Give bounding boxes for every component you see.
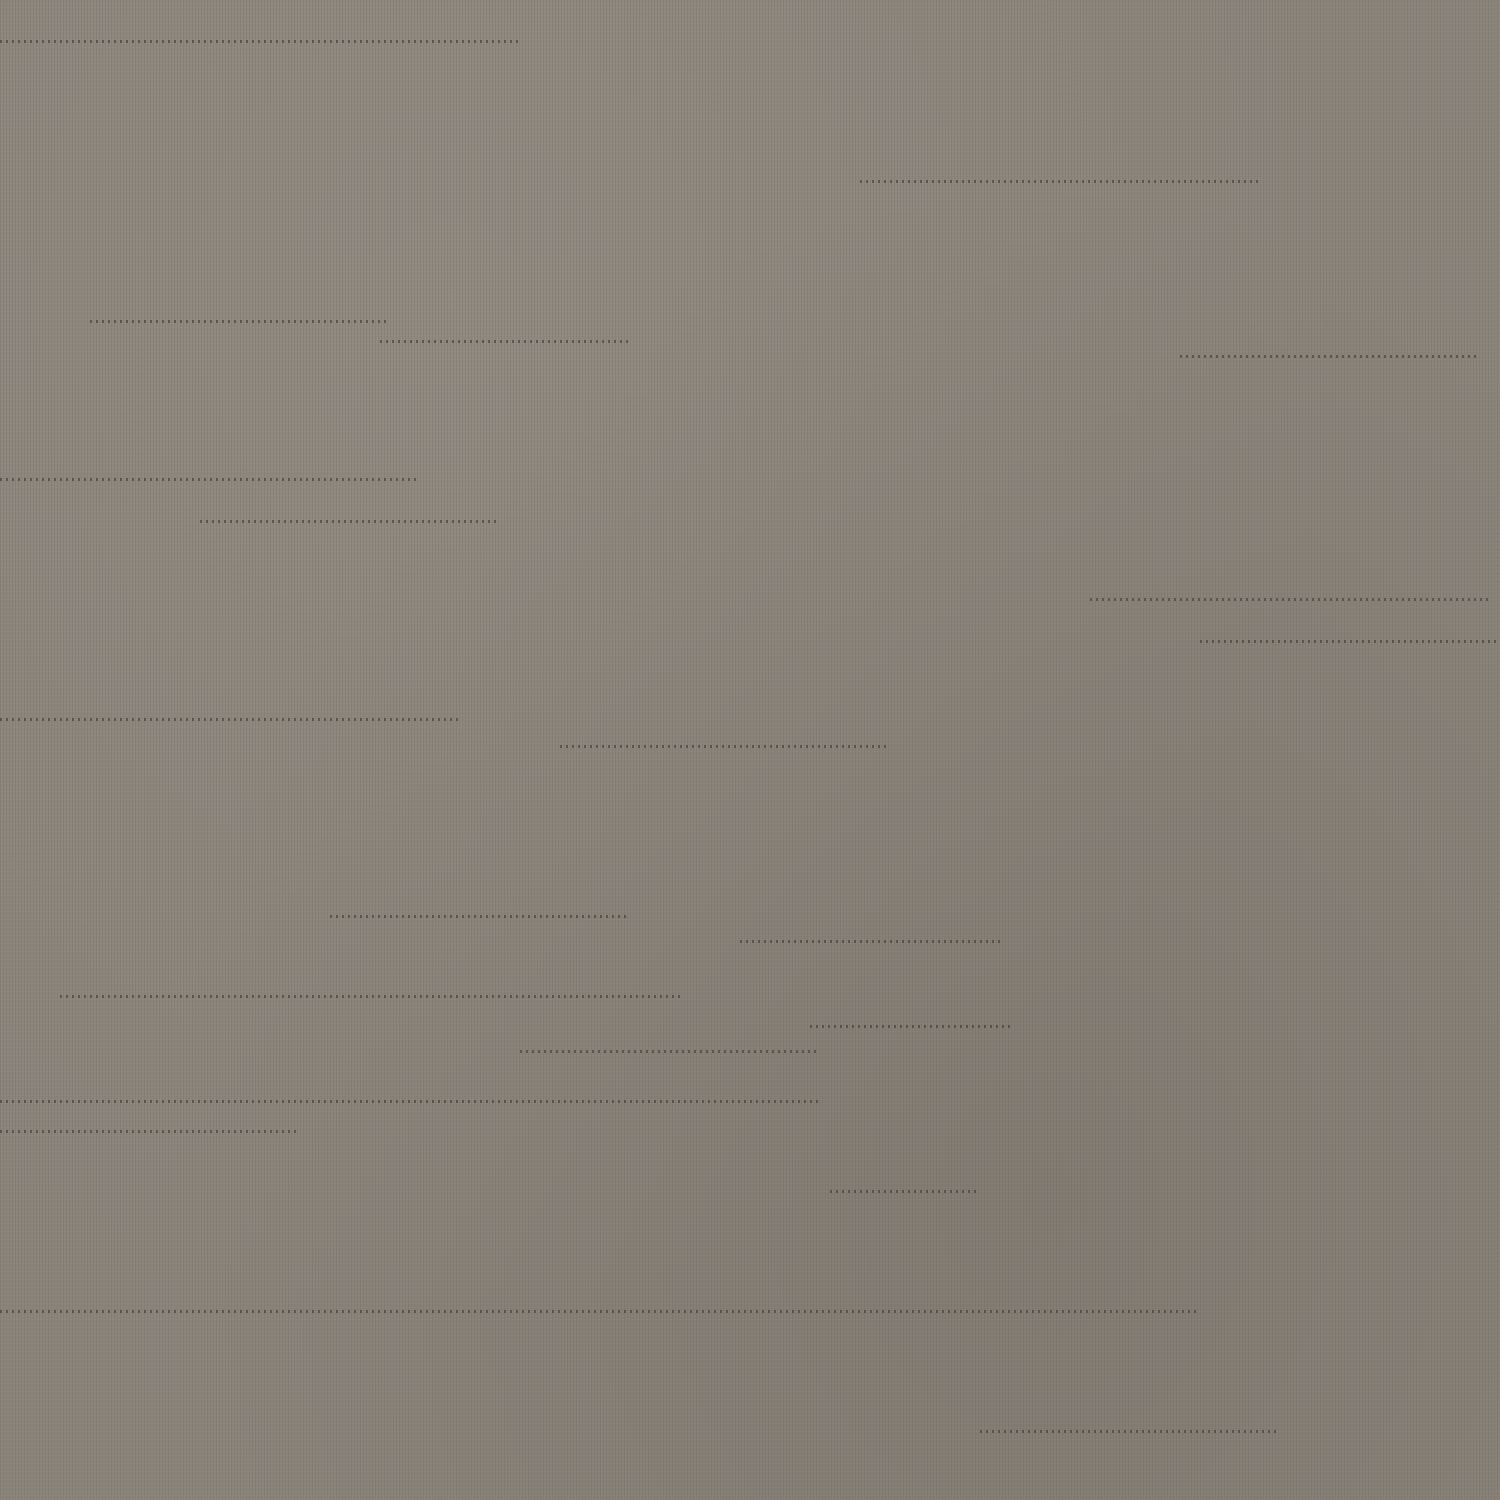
fabric-slub: [1180, 355, 1480, 358]
fabric-slub: [860, 180, 1260, 183]
fabric-slub: [980, 1430, 1280, 1433]
fabric-slub: [830, 1190, 980, 1193]
fabric-texture: [0, 0, 1500, 1500]
fabric-slub: [0, 1100, 820, 1103]
fabric-slub: [0, 478, 420, 481]
fabric-slub: [810, 1025, 1010, 1028]
fabric-slub: [1090, 598, 1490, 601]
fabric-slub: [330, 915, 630, 918]
fabric-slub: [90, 320, 390, 323]
fabric-slub: [60, 995, 680, 998]
fabric-slub: [560, 745, 890, 748]
fabric-slub: [380, 340, 630, 343]
fabric-slub: [0, 1130, 300, 1133]
fabric-slub: [200, 520, 500, 523]
fabric-slub: [0, 1310, 1200, 1313]
fabric-slub: [740, 940, 1000, 943]
fabric-slub: [520, 1050, 820, 1053]
fabric-slub: [0, 40, 520, 43]
fabric-slub: [0, 718, 460, 721]
fabric-slub: [1200, 640, 1500, 643]
